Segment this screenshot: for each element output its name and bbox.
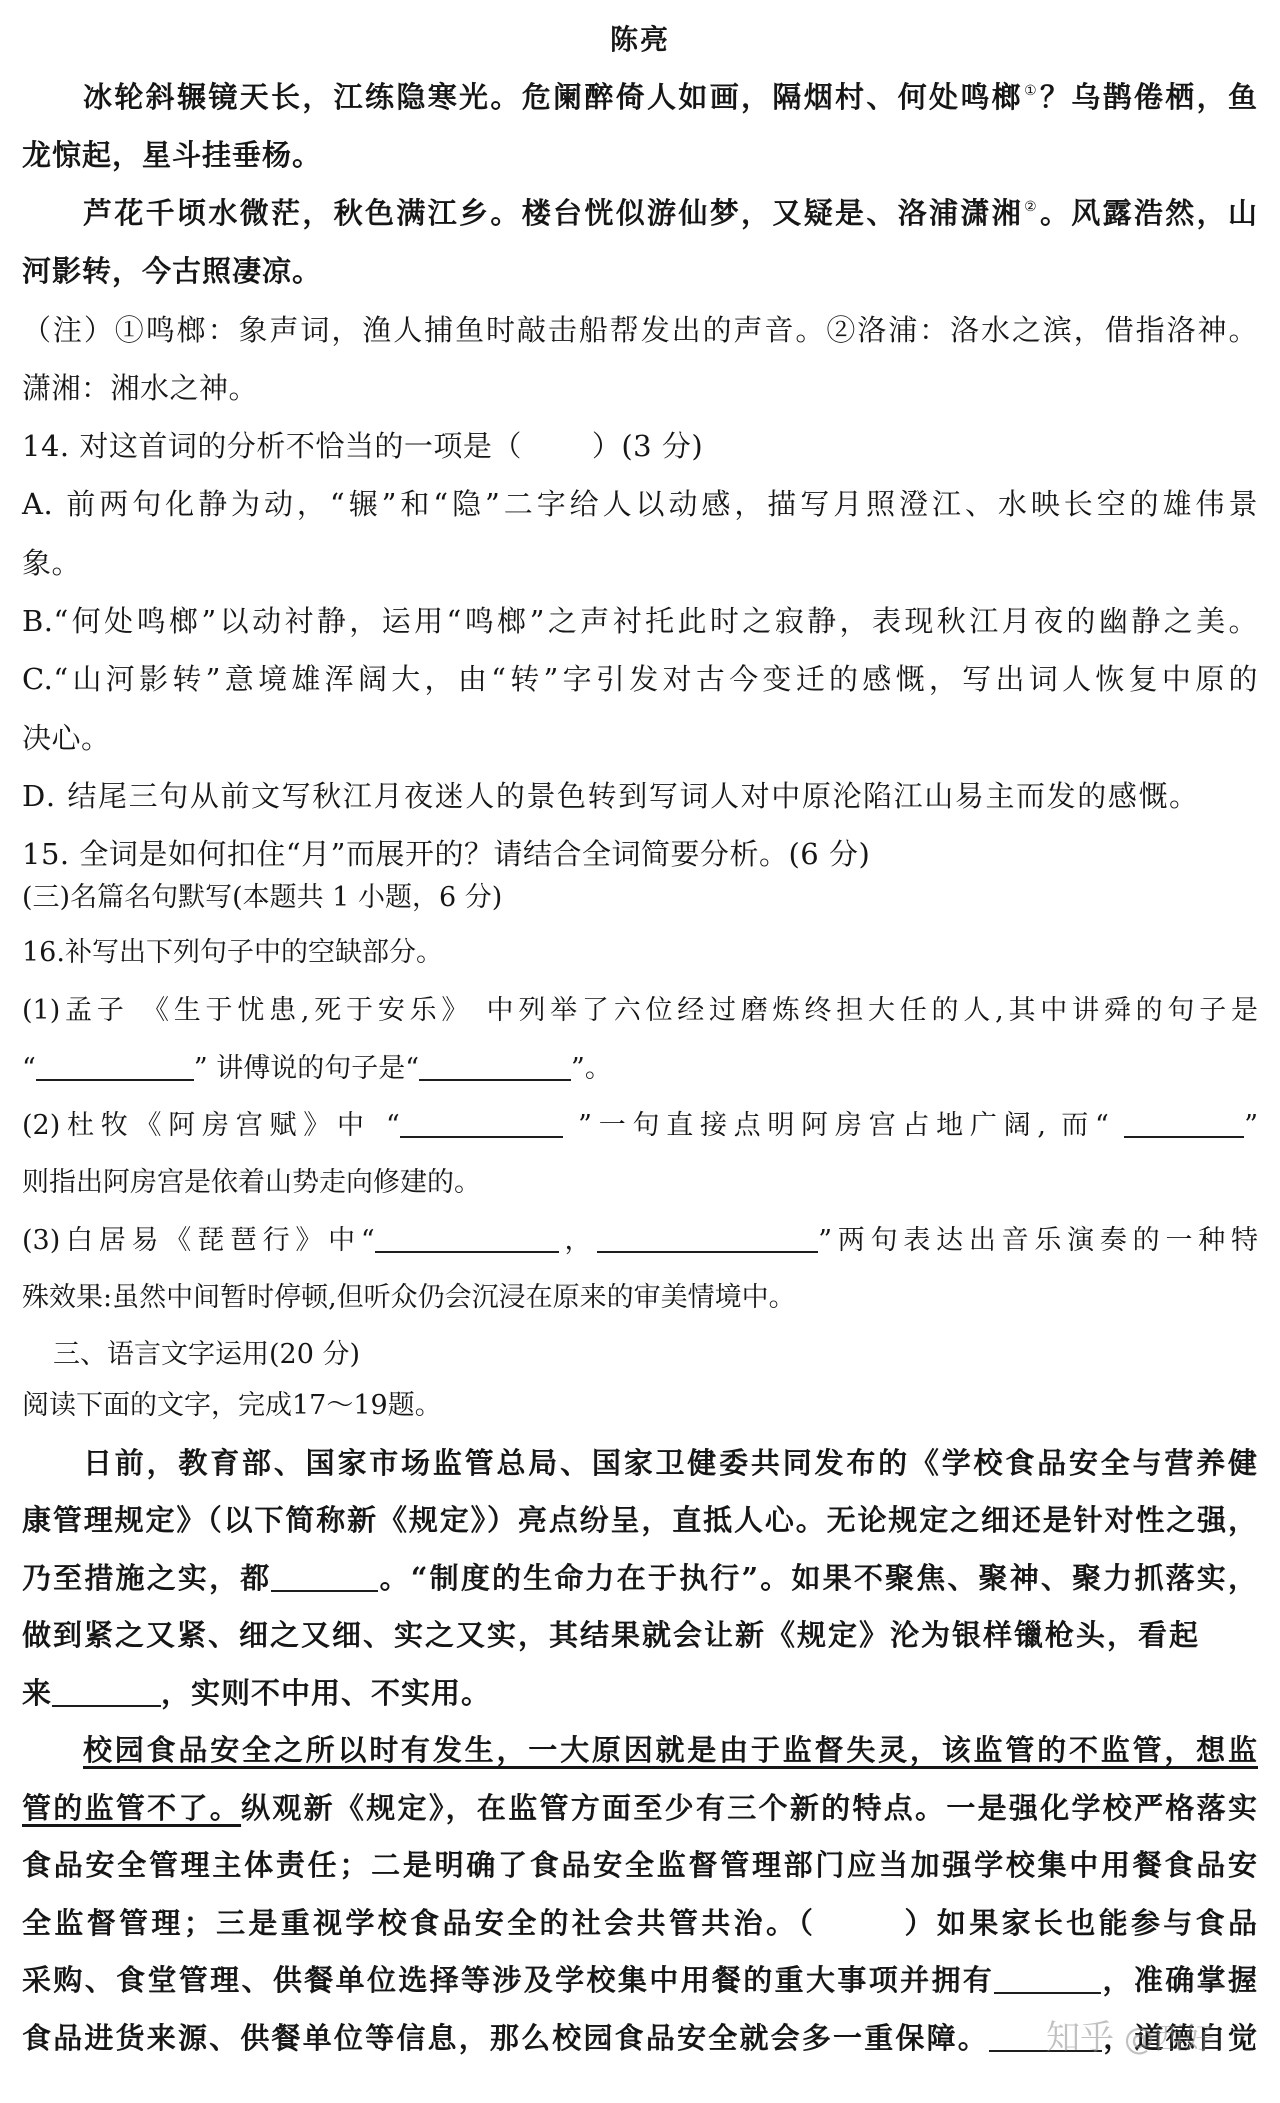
prose-text: 采购、食堂管理、供餐单位选择等涉及学校集中用餐的重大事项并拥有 xyxy=(22,1963,994,1997)
footnote-mark: ① xyxy=(1024,83,1039,99)
quote-close: ” xyxy=(1244,1110,1258,1141)
prose-text: 食品进货来源、供餐单位等信息，那么校园食品安全就会多一重保障。 xyxy=(22,2021,989,2055)
para1-line5: 来，实则不中用、不实用。 xyxy=(22,1673,1258,1713)
poem-text: 。风露浩然，山 xyxy=(1040,196,1258,230)
question-text: (3)白居易《琵琶行》中“ xyxy=(22,1225,375,1256)
underlined-sentence: 管的监管不了。 xyxy=(22,1791,241,1825)
answer-blank xyxy=(400,1110,563,1138)
answer-blank xyxy=(1124,1110,1244,1138)
question-16-stem: 16.补写出下列句子中的空缺部分。 xyxy=(22,933,1258,973)
prose-text: 。“制度的生命力在于执行”。如果不聚焦、聚神、聚力抓落实， xyxy=(378,1561,1258,1595)
footnote-mark: ② xyxy=(1024,199,1039,215)
notes-line1: （注）①鸣榔：象声词，渔人捕鱼时敲击船帮发出的声音。②洛浦：洛水之滨，借指洛神。 xyxy=(22,310,1258,350)
question-15: 15. 全词是如何扣住“月”而展开的？请结合全词简要分析。(6 分) xyxy=(22,834,1258,874)
option-a-line2: 象。 xyxy=(22,543,1258,583)
poem-text: ？乌鹊倦栖，鱼 xyxy=(1040,80,1258,114)
poem-stanza1-line1: 冰轮斜辗镜天长，江练隐寒光。危阑醉倚人如画，隔烟村、何处鸣榔①？乌鹊倦栖，鱼 xyxy=(83,77,1258,117)
answer-blank xyxy=(597,1225,818,1253)
reading-instruction: 阅读下面的文字，完成17～19题。 xyxy=(22,1386,1258,1426)
para1-line3: 乃至措施之实，都。“制度的生命力在于执行”。如果不聚焦、聚神、聚力抓落实， xyxy=(22,1558,1258,1598)
question-16-item2-line2: 则指出阿房宫是依着山势走向修建的。 xyxy=(22,1163,1258,1203)
para2-line6: 食品进货来源、供餐单位等信息，那么校园食品安全就会多一重保障。，道德自觉 xyxy=(22,2018,1258,2058)
comma: ， xyxy=(559,1225,598,1256)
option-d: D. 结尾三句从前文写秋江月夜迷人的景色转到写词人对中原沦陷江山易主而发的感慨。 xyxy=(22,776,1258,816)
quote-close: ”。 xyxy=(571,1053,612,1084)
poem-stanza2-line2: 河影转，今古照凄凉。 xyxy=(22,251,1258,291)
para2-line2: 管的监管不了。纵观新《规定》，在监管方面至少有三个新的特点。一是强化学校严格落实 xyxy=(22,1788,1258,1828)
answer-blank xyxy=(52,1679,161,1707)
answer-blank xyxy=(36,1053,194,1081)
section-heading-famous-lines: (三)名篇名句默写(本题共 1 小题，6 分) xyxy=(22,878,1258,918)
quote-open: “ xyxy=(22,1053,36,1084)
poem-author: 陈亮 xyxy=(0,20,1280,60)
option-c-line2: 决心。 xyxy=(22,718,1258,758)
question-16-item1-line1: (1)孟子 《生于忧患,死于安乐》 中列举了六位经过磨炼终担大任的人,其中讲舜的… xyxy=(22,991,1258,1031)
scanned-exam-page: 陈亮 冰轮斜辗镜天长，江练隐寒光。危阑醉倚人如画，隔烟村、何处鸣榔①？乌鹊倦栖，… xyxy=(0,0,1280,2103)
question-text: ” 讲傅说的句子是“ xyxy=(194,1053,419,1084)
prose-text: ）如果家长也能参与食品 xyxy=(902,1906,1258,1940)
question-16-item1-line2: “” 讲傅说的句子是“”。 xyxy=(22,1049,1258,1089)
poem-text: 冰轮斜辗镜天长，江练隐寒光。危阑醉倚人如画，隔烟村、何处鸣榔 xyxy=(83,80,1023,114)
question-text: ）(3 分) xyxy=(592,429,703,463)
option-a-line1: A. 前两句化静为动，“辗”和“隐”二字给人以动感，描写月照澄江、水映长空的雄伟… xyxy=(22,484,1258,524)
prose-text: ，道德自觉 xyxy=(1102,2021,1258,2055)
prose-text: 全监督管理；三是重视学校食品安全的社会共管共治。（ xyxy=(22,1906,816,1940)
underlined-sentence: 校园食品安全之所以时有发生，一大原因就是由于监督失灵，该监管的不监管，想监 xyxy=(83,1733,1258,1767)
para2-line3: 食品安全管理主体责任；二是明确了食品安全监督管理部门应当加强学校集中用餐食品安 xyxy=(22,1845,1258,1885)
para1-line2: 康管理规定》（以下简称新《规定》）亮点纷呈，直抵人心。无论规定之细还是针对性之强… xyxy=(22,1500,1258,1540)
question-16-item2-line1: (2)杜牧《阿房宫赋》中 “ ”一句直接点明阿房宫占地广阔, 而“ ” xyxy=(22,1106,1258,1146)
answer-blank xyxy=(271,1564,378,1592)
question-text: 14. 对这首词的分析不恰当的一项是（ xyxy=(22,429,522,463)
prose-text: ，实则不中用、不实用。 xyxy=(161,1676,491,1710)
answer-blank xyxy=(994,1966,1101,1994)
para2-line5: 采购、食堂管理、供餐单位选择等涉及学校集中用餐的重大事项并拥有，准确掌握 xyxy=(22,1960,1258,2000)
prose-text: 来 xyxy=(22,1676,52,1710)
option-c-line1: C.“山河影转”意境雄浑阔大，由“转”字引发对古今变迁的感慨，写出词人恢复中原的 xyxy=(22,659,1258,699)
question-16-item3-line2: 殊效果:虽然中间暂时停顿,但听众仍会沉浸在原来的审美情境中。 xyxy=(22,1278,1258,1318)
option-b: B.“何处鸣榔”以动衬静，运用“鸣榔”之声衬托此时之寂静，表现秋江月夜的幽静之美… xyxy=(22,601,1258,641)
answer-blank xyxy=(419,1053,571,1081)
poem-text: 芦花千顷水微茫，秋色满江乡。楼台恍似游仙梦，又疑是、洛浦潇湘 xyxy=(83,196,1023,230)
question-text: (2)杜牧《阿房宫赋》中 “ xyxy=(22,1110,400,1141)
question-text: ”一句直接点明阿房宫占地广阔, 而“ xyxy=(563,1110,1124,1141)
para1-line4: 做到紧之又紧、细之又细、实之又实，其结果就会让新《规定》沦为银样镴枪头，看起 xyxy=(22,1615,1258,1655)
answer-blank xyxy=(989,2024,1102,2052)
answer-blank xyxy=(375,1225,559,1253)
part3-heading: 三、语言文字运用(20 分) xyxy=(53,1335,1280,1375)
prose-text: ，准确掌握 xyxy=(1101,1963,1258,1997)
question-16-item3-line1: (3)白居易《琵琶行》中“，”两句表达出音乐演奏的一种特 xyxy=(22,1221,1258,1261)
para2-line1: 校园食品安全之所以时有发生，一大原因就是由于监督失灵，该监管的不监管，想监 xyxy=(83,1730,1258,1770)
poem-stanza1-line2: 龙惊起，星斗挂垂杨。 xyxy=(22,135,1258,175)
question-14-stem: 14. 对这首词的分析不恰当的一项是（）(3 分) xyxy=(22,426,1258,466)
prose-text: 乃至措施之实，都 xyxy=(22,1561,271,1595)
notes-line2: 潇湘：湘水之神。 xyxy=(22,368,1258,408)
para1-line1: 日前，教育部、国家市场监管总局、国家卫健委共同发布的《学校食品安全与营养健 xyxy=(83,1443,1258,1483)
poem-stanza2-line1: 芦花千顷水微茫，秋色满江乡。楼台恍似游仙梦，又疑是、洛浦潇湘②。风露浩然，山 xyxy=(83,193,1258,233)
question-text: ”两句表达出音乐演奏的一种特 xyxy=(818,1225,1258,1256)
prose-text: 纵观新《规定》，在监管方面至少有三个新的特点。一是强化学校严格落实 xyxy=(241,1791,1258,1825)
para2-line4: 全监督管理；三是重视学校食品安全的社会共管共治。（）如果家长也能参与食品 xyxy=(22,1903,1258,1943)
